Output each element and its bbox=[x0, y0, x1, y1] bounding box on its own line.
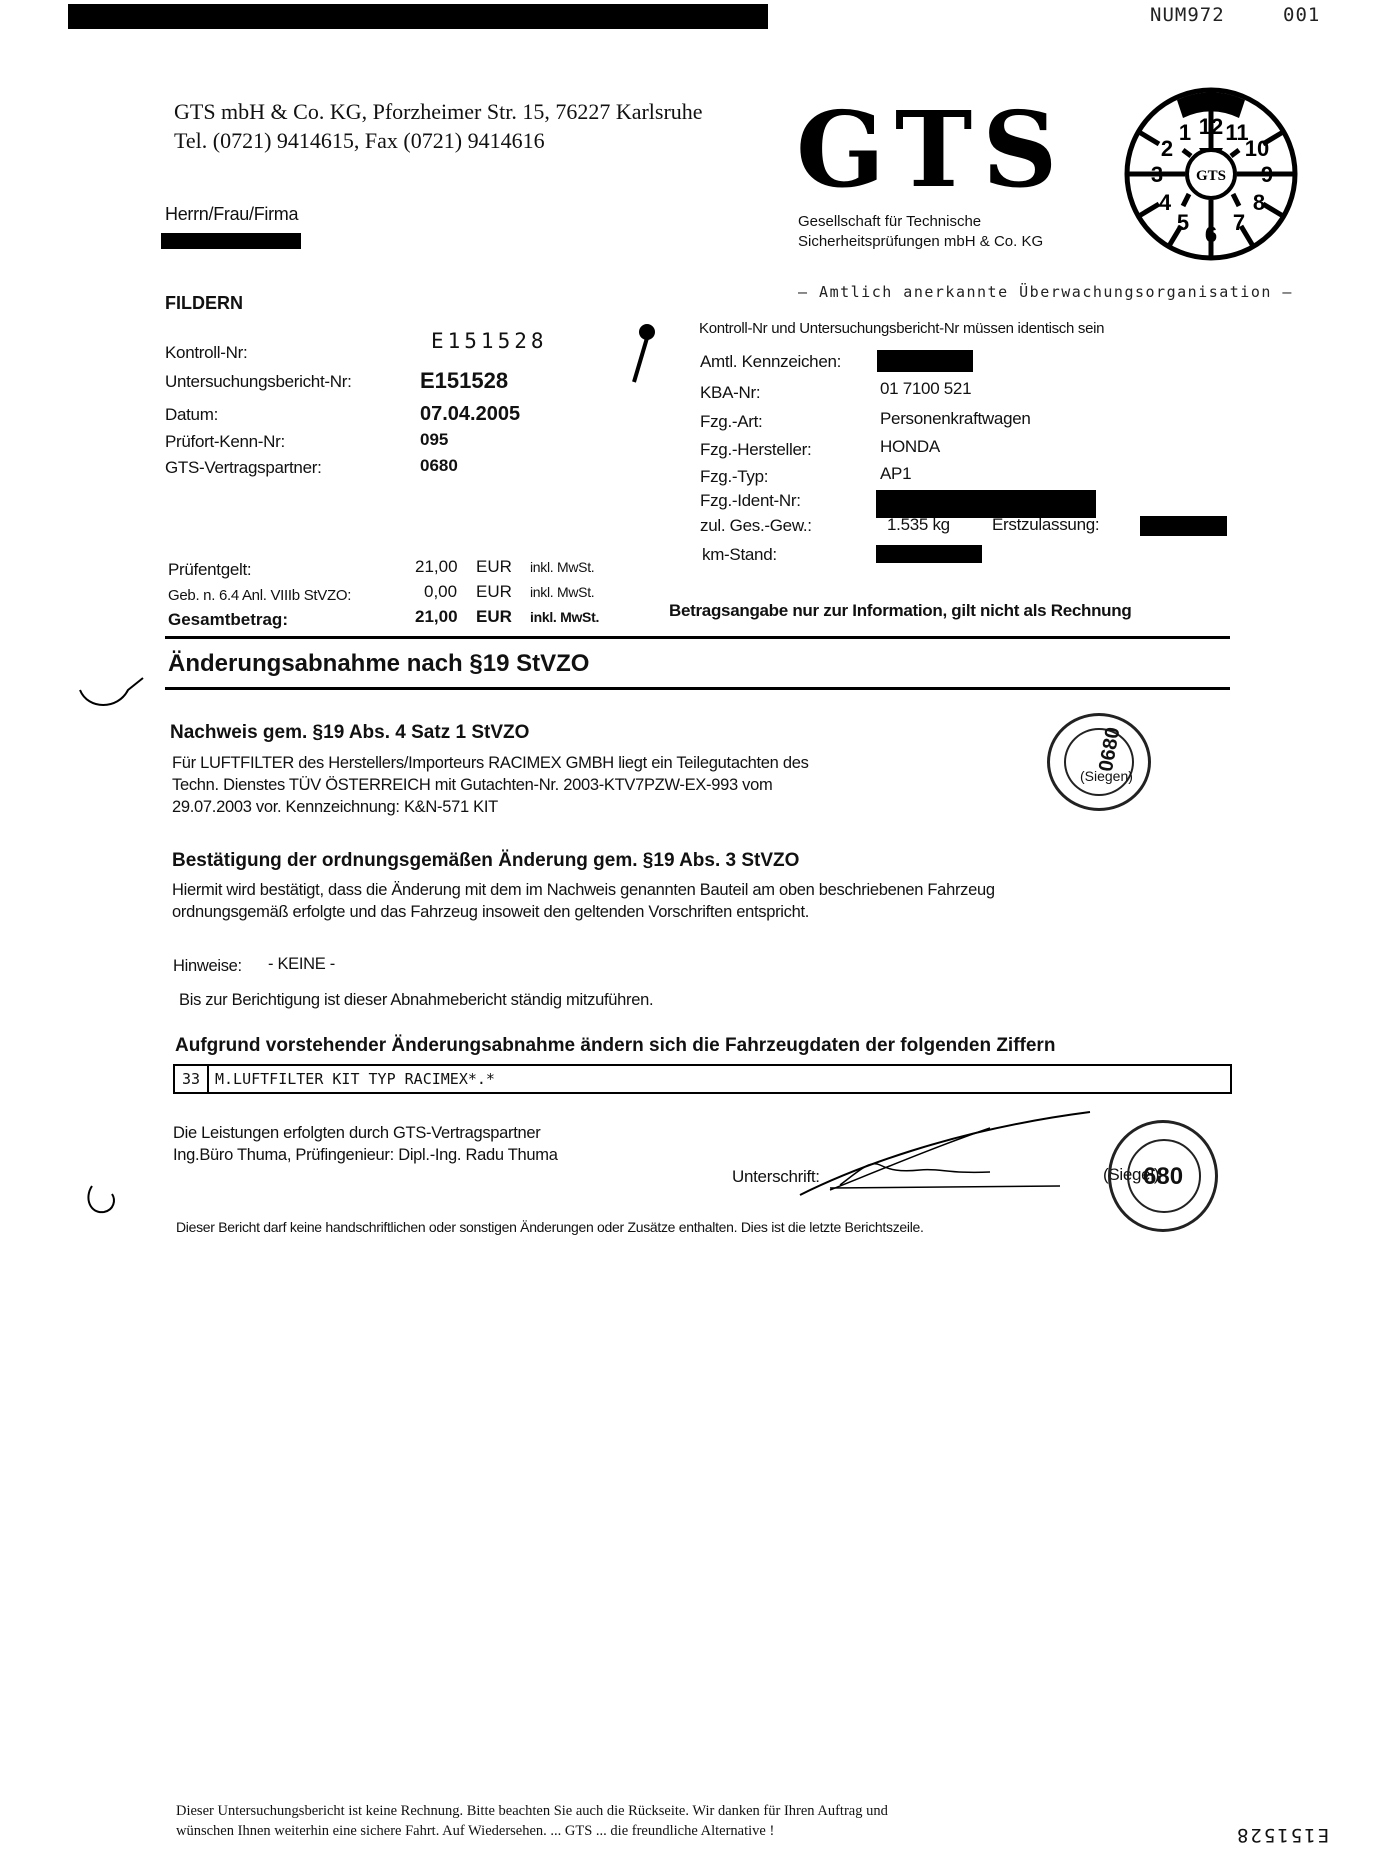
value-gesamtbetrag-currency: EUR bbox=[476, 607, 512, 627]
value-fzg-typ: AP1 bbox=[880, 464, 911, 484]
stamp-bottom-number: 680 bbox=[1143, 1163, 1183, 1191]
km-stand-redacted bbox=[876, 545, 982, 563]
value-geb-anl-note: inkl. MwSt. bbox=[530, 584, 594, 600]
ziffer-row: 33 M.LUFTFILTER KIT TYP RACIMEX*.* bbox=[173, 1064, 1232, 1094]
value-gts-vertragspartner: 0680 bbox=[420, 456, 458, 476]
company-address: GTS mbH & Co. KG, Pforzheimer Str. 15, 7… bbox=[174, 97, 703, 155]
nachweis-title: Nachweis gem. §19 Abs. 4 Satz 1 StVZO bbox=[170, 722, 529, 744]
last-report-line: Dieser Bericht darf keine handschriftlic… bbox=[176, 1219, 924, 1235]
official-stamp-mid: 0680 (Siegen) bbox=[1047, 713, 1151, 811]
value-untersuchungsbericht-nr: E151528 bbox=[420, 368, 508, 394]
ziffer-number: 33 bbox=[175, 1066, 209, 1092]
stamp-mid-city: (Siegen) bbox=[1080, 768, 1133, 784]
logo-subline: Gesellschaft für Technische Sicherheitsp… bbox=[798, 212, 1043, 252]
svg-text:GTS: GTS bbox=[1196, 168, 1226, 184]
footer-line-1: Dieser Untersuchungsbericht ist keine Re… bbox=[176, 1801, 888, 1821]
page-code: 001 bbox=[1283, 4, 1320, 26]
logo-subline-2: Sicherheitsprüfungen mbH & Co. KG bbox=[798, 232, 1043, 252]
recipient-city: FILDERN bbox=[165, 293, 243, 314]
svg-text:11: 11 bbox=[1225, 120, 1248, 145]
company-address-line: GTS mbH & Co. KG, Pforzheimer Str. 15, 7… bbox=[174, 97, 703, 126]
label-km-stand: km-Stand: bbox=[702, 545, 777, 565]
value-gesamtbetrag-note: inkl. MwSt. bbox=[530, 609, 599, 625]
scan-mark-left-2 bbox=[84, 1180, 124, 1225]
value-geb-anl-amount: 0,00 bbox=[424, 582, 457, 602]
svg-text:7: 7 bbox=[1233, 210, 1245, 235]
value-gesamtbetrag-amount: 21,00 bbox=[415, 607, 458, 627]
label-datum: Datum: bbox=[165, 405, 218, 425]
label-fzg-typ: Fzg.-Typ: bbox=[700, 467, 768, 487]
svg-text:6: 6 bbox=[1205, 222, 1217, 247]
label-erstzulassung: Erstzulassung: bbox=[992, 515, 1099, 535]
value-pruefentgelt-note: inkl. MwSt. bbox=[530, 559, 594, 575]
leistung-text: Die Leistungen erfolgten durch GTS-Vertr… bbox=[173, 1122, 558, 1166]
redacted-header-bar bbox=[68, 4, 768, 29]
nachweis-line-1: Für LUFTFILTER des Herstellers/Importeur… bbox=[172, 752, 809, 774]
recipient-salutation: Herrn/Frau/Firma bbox=[165, 204, 298, 225]
label-pruefort-kenn-nr: Prüfort-Kenn-Nr: bbox=[165, 432, 285, 452]
hinweise-label: Hinweise: bbox=[173, 955, 242, 977]
value-pruefentgelt-amount: 21,00 bbox=[415, 557, 458, 577]
inspection-badge-icon: GTS 12 1 2 3 4 5 6 7 8 9 10 11 bbox=[1123, 86, 1299, 262]
value-fzg-art: Personenkraftwagen bbox=[880, 409, 1031, 429]
fees-disclaimer: Betragsangabe nur zur Information, gilt … bbox=[669, 601, 1131, 621]
vehicle-note: Kontroll-Nr und Untersuchungsbericht-Nr … bbox=[699, 320, 1104, 337]
label-pruefentgelt: Prüfentgelt: bbox=[168, 560, 251, 580]
doc-code: NUM972 bbox=[1150, 4, 1225, 26]
gts-logo: GTS bbox=[796, 98, 1067, 202]
value-pruefentgelt-currency: EUR bbox=[476, 557, 512, 577]
label-zul-ges-gew: zul. Ges.-Gew.: bbox=[700, 516, 812, 536]
svg-text:5: 5 bbox=[1177, 210, 1189, 235]
bestaetigung-line-1: Hiermit wird bestätigt, dass die Änderun… bbox=[172, 879, 995, 901]
logo-subline-1: Gesellschaft für Technische bbox=[798, 212, 1043, 232]
bestaetigung-line-2: ordnungsgemäß erfolgte und das Fahrzeug … bbox=[172, 901, 995, 923]
section-title: Änderungsabnahme nach §19 StVZO bbox=[168, 650, 589, 678]
label-fzg-hersteller: Fzg.-Hersteller: bbox=[700, 440, 811, 460]
scan-mark-left-1 bbox=[78, 670, 148, 715]
leistung-line-2: Ing.Büro Thuma, Prüfingenieur: Dipl.-Ing… bbox=[173, 1144, 558, 1166]
nachweis-line-3: 29.07.2003 vor. Kennzeichnung: K&N-571 K… bbox=[172, 796, 809, 818]
svg-text:8: 8 bbox=[1253, 190, 1265, 215]
svg-text:12: 12 bbox=[1199, 114, 1223, 139]
hinweise-value: - KEINE - bbox=[268, 953, 335, 975]
divider-bottom bbox=[165, 687, 1230, 690]
value-fzg-hersteller: HONDA bbox=[880, 437, 940, 457]
nachweis-text: Für LUFTFILTER des Herstellers/Importeur… bbox=[172, 752, 809, 818]
value-kba-nr: 01 7100 521 bbox=[880, 379, 971, 399]
label-fzg-art: Fzg.-Art: bbox=[700, 412, 762, 432]
mitfuehren-note: Bis zur Berichtigung ist dieser Abnahmeb… bbox=[179, 989, 653, 1011]
ziffern-title: Aufgrund vorstehender Änderungsabnahme ä… bbox=[175, 1035, 1055, 1057]
svg-text:1: 1 bbox=[1179, 120, 1191, 145]
footer-text: Dieser Untersuchungsbericht ist keine Re… bbox=[176, 1801, 888, 1841]
signature-scribble bbox=[790, 1110, 1110, 1205]
footer-line-2: wünschen Ihnen weiterhin eine sichere Fa… bbox=[176, 1821, 888, 1841]
value-geb-anl-currency: EUR bbox=[476, 582, 512, 602]
erstzulassung-redacted bbox=[1140, 516, 1227, 536]
value-zul-ges-gew: 1.535 kg bbox=[887, 515, 950, 535]
recipient-name-redacted bbox=[161, 233, 301, 249]
ziffer-text: M.LUFTFILTER KIT TYP RACIMEX*.* bbox=[209, 1070, 495, 1088]
label-fzg-ident-nr: Fzg.-Ident-Nr: bbox=[700, 491, 801, 511]
value-datum: 07.04.2005 bbox=[420, 403, 520, 426]
label-kba-nr: KBA-Nr: bbox=[700, 383, 760, 403]
label-geb-anl: Geb. n. 6.4 Anl. VIIIb StVZO: bbox=[168, 587, 351, 604]
svg-text:4: 4 bbox=[1159, 190, 1172, 215]
label-gts-vertragspartner: GTS-Vertragspartner: bbox=[165, 458, 322, 478]
bestaetigung-title: Bestätigung der ordnungsgemäßen Änderung… bbox=[172, 850, 799, 872]
company-contact-line: Tel. (0721) 9414615, Fax (0721) 9414616 bbox=[174, 126, 703, 155]
ink-mark bbox=[620, 320, 660, 415]
svg-text:9: 9 bbox=[1261, 162, 1273, 187]
tagline: – Amtlich anerkannte Überwachungsorganis… bbox=[798, 283, 1293, 301]
value-pruefort-kenn-nr: 095 bbox=[420, 430, 448, 450]
leistung-line-1: Die Leistungen erfolgten durch GTS-Vertr… bbox=[173, 1122, 558, 1144]
mirrored-number: E151528 bbox=[1235, 1824, 1329, 1846]
kontroll-nr-print: E151528 bbox=[431, 329, 548, 353]
kennzeichen-redacted bbox=[877, 350, 973, 372]
bestaetigung-text: Hiermit wird bestätigt, dass die Änderun… bbox=[172, 879, 995, 923]
label-kontroll-nr: Kontroll-Nr: bbox=[165, 343, 247, 363]
label-amtl-kennzeichen: Amtl. Kennzeichen: bbox=[700, 352, 841, 372]
ident-nr-redacted bbox=[876, 490, 1096, 518]
label-untersuchungsbericht-nr: Untersuchungsbericht-Nr: bbox=[165, 372, 352, 392]
label-gesamtbetrag: Gesamtbetrag: bbox=[168, 610, 288, 630]
official-stamp-bottom: 680 bbox=[1108, 1120, 1218, 1232]
svg-text:3: 3 bbox=[1151, 162, 1163, 187]
divider-top bbox=[165, 636, 1230, 639]
nachweis-line-2: Techn. Dienstes TÜV ÖSTERREICH mit Gutac… bbox=[172, 774, 809, 796]
svg-text:2: 2 bbox=[1161, 136, 1173, 161]
